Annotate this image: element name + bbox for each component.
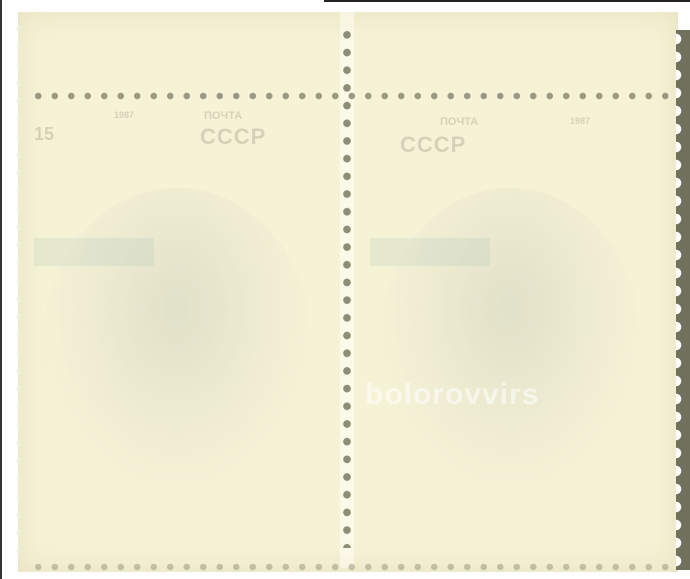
watermark-text: bolorovvirs <box>365 378 539 412</box>
stamp-left-value: 15 <box>34 124 54 145</box>
stamp-right: ПОЧТА СССР 1987 <box>360 98 670 543</box>
stamp-right-show-through: ПОЧТА СССР 1987 <box>360 98 670 543</box>
center-perforation-column <box>342 26 352 548</box>
stamp-right-country-line2: СССР <box>400 132 466 158</box>
photo-frame: ПОЧТА СССР 1987 15 ПОЧТА СССР 1987 bolor… <box>0 0 690 579</box>
stamp-left: ПОЧТА СССР 1987 15 <box>24 98 340 543</box>
stamp-right-year: 1987 <box>570 116 590 126</box>
bottom-perforation-row <box>30 562 670 572</box>
stamp-right-ghost-image <box>380 188 640 488</box>
stamp-left-year: 1987 <box>114 110 134 120</box>
scan-border-top <box>324 0 690 2</box>
right-perforation-edge <box>676 30 690 570</box>
stamp-left-country-line1: ПОЧТА <box>204 110 242 122</box>
stamp-left-show-through: ПОЧТА СССР 1987 15 <box>24 98 340 543</box>
stamp-left-ghost-band <box>34 238 154 266</box>
stamp-left-ghost-image <box>44 188 310 488</box>
left-perforation-edge <box>12 20 20 560</box>
stamp-right-ghost-band <box>370 238 490 266</box>
stamp-right-country-line1: ПОЧТА <box>440 116 478 128</box>
scan-border-left <box>0 0 2 579</box>
stamp-left-country-line2: СССР <box>200 124 266 150</box>
